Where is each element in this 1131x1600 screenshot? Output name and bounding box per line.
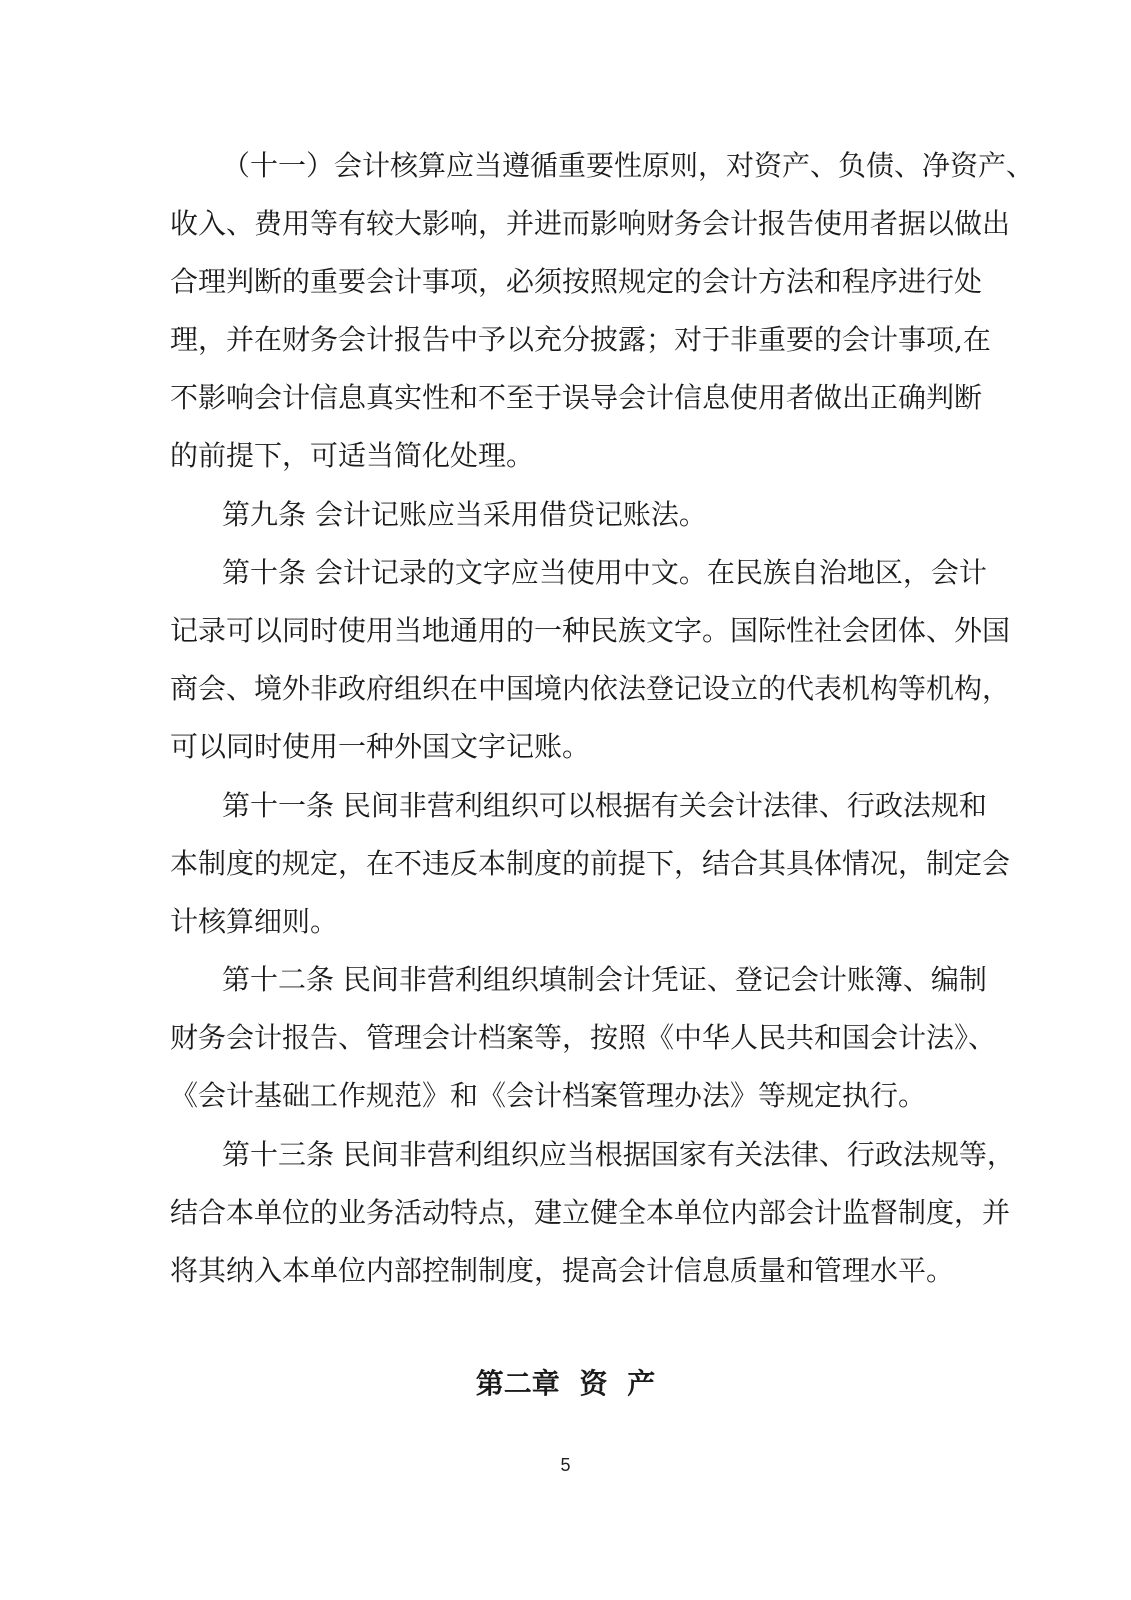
text-line: 计核算细则。 xyxy=(170,904,940,940)
text-line: 可以同时使用一种外国文字记账。 xyxy=(170,729,940,765)
text-line: 合理判断的重要会计事项，必须按照规定的会计方法和程序进行处 xyxy=(170,264,940,300)
text-line: 将其纳入本单位内部控制制度，提高会计信息质量和管理水平。 xyxy=(170,1253,940,1289)
text-line: 的前提下，可适当简化处理。 xyxy=(170,438,940,474)
page-number: 5 xyxy=(0,1455,1131,1476)
text-line: 收入、费用等有较大影响，并进而影响财务会计报告使用者据以做出 xyxy=(170,206,940,242)
chapter-heading: 第二章 资 产 xyxy=(0,1366,1131,1402)
text-line: 第十一条 民间非营利组织可以根据有关会计法律、行政法规和 xyxy=(222,788,940,824)
text-line: 记录可以同时使用当地通用的一种民族文字。国际性社会团体、外国 xyxy=(170,613,940,649)
text-line: 《会计基础工作规范》和《会计档案管理办法》等规定执行。 xyxy=(170,1078,940,1114)
text-line: 不影响会计信息真实性和不至于误导会计信息使用者做出正确判断 xyxy=(170,380,940,416)
text-line: 本制度的规定，在不违反本制度的前提下，结合其具体情况，制定会 xyxy=(170,846,940,882)
document-page: （十一）会计核算应当遵循重要性原则，对资产、负债、净资产、 收入、费用等有较大影… xyxy=(0,0,1131,1600)
text-line: 商会、境外非政府组织在中国境内依法登记设立的代表机构等机构， xyxy=(170,671,940,707)
text-line: 理，并在财务会计报告中予以充分披露；对于非重要的会计事项,在 xyxy=(170,322,940,358)
text-line: 第十三条 民间非营利组织应当根据国家有关法律、行政法规等， xyxy=(222,1137,940,1173)
text-line: 第九条 会计记账应当采用借贷记账法。 xyxy=(222,497,940,533)
text-line: 第十条 会计记录的文字应当使用中文。在民族自治地区，会计 xyxy=(222,555,940,591)
text-line: （十一）会计核算应当遵循重要性原则，对资产、负债、净资产、 xyxy=(222,148,940,184)
text-line: 财务会计报告、管理会计档案等，按照《中华人民共和国会计法》、 xyxy=(170,1020,940,1056)
text-line: 第十二条 民间非营利组织填制会计凭证、登记会计账簿、编制 xyxy=(222,962,940,998)
text-line: 结合本单位的业务活动特点，建立健全本单位内部会计监督制度，并 xyxy=(170,1195,940,1231)
